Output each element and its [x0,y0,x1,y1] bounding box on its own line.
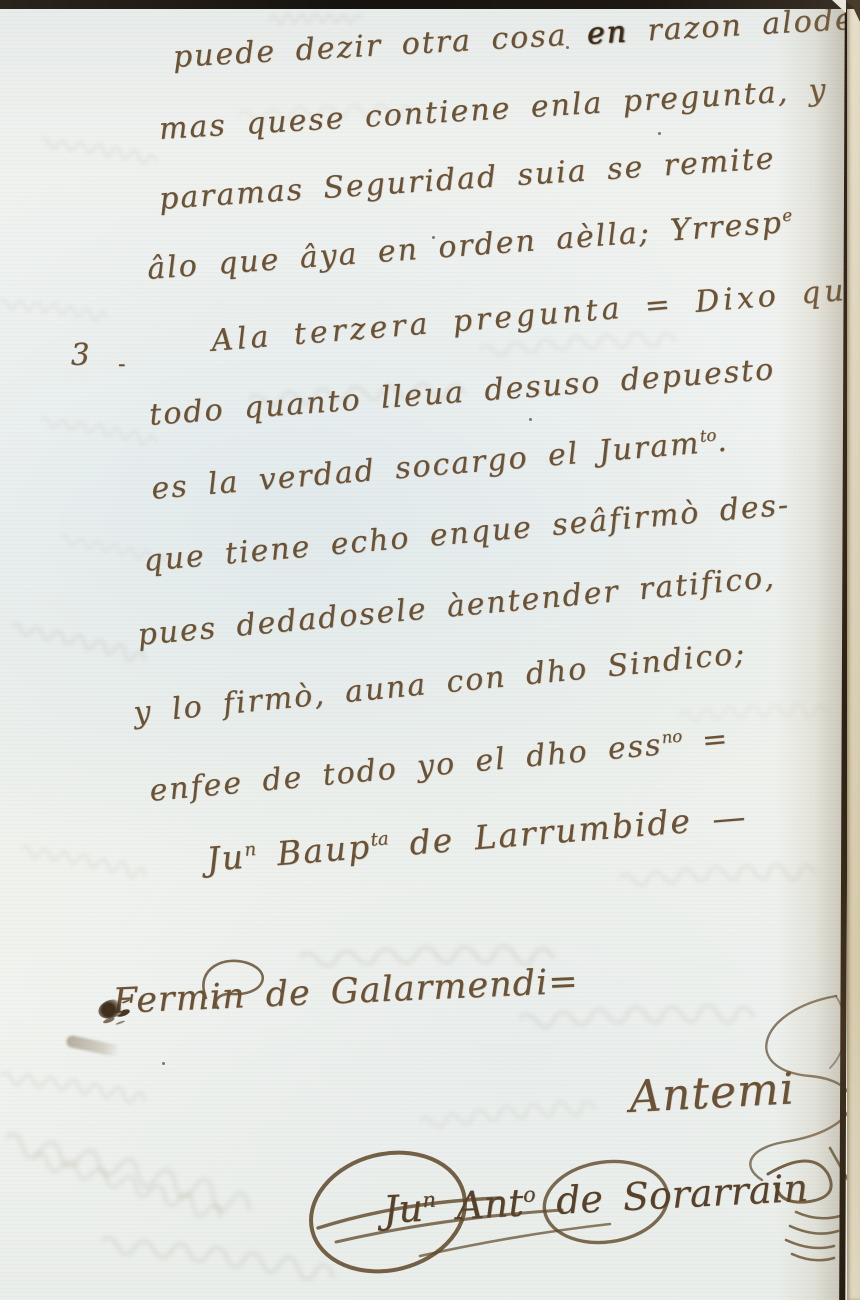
line-text: puede dezir otra cosa [172,17,588,75]
signature-text: Baup [255,827,373,875]
signature-notary: Jun Anto de Sorarrain [382,1166,809,1232]
scan-top-edge [0,0,860,9]
ink-speck [658,132,661,135]
bleed-through-mark [28,1146,232,1233]
bleed-through-mark [419,1088,602,1147]
bleed-through-mark [0,1067,151,1113]
bleed-through-mark [39,134,161,172]
manuscript-line-9: pues dedadosele àentender ratifico, [136,560,777,653]
ante-mi-label: Antemi [628,1063,796,1123]
line-text: y lo firmò, auna con dho Sindico; [132,636,748,731]
superscript: to [699,426,717,446]
manuscript-line-4: âlo que âya en orden aèlla; Yrrespe [146,205,794,287]
manuscript-page: puede dezir otra cosa en razon alode- ma… [0,0,860,1300]
bleed-through-mark [39,413,161,453]
line-text: enfee de todo yo el dho ess [148,727,664,809]
signature-text: Ant [435,1181,524,1230]
signature-text: de Sorarrain [535,1166,809,1224]
bleed-through-mark [99,1230,342,1295]
manuscript-line-5: Ala terzera pregunta = Dixo que [210,271,860,359]
manuscript-line-11: enfee de todo yo el dho essno = [148,721,731,809]
ink-speck [432,236,435,239]
bleed-through-mark [8,618,151,672]
line-text: = [681,721,731,760]
line-text: Ala terzera pregunta = Dixo que [210,271,860,359]
line-text: mas quese contiene enla pregunta, y [158,72,829,147]
superscript: no [661,726,683,747]
ink-smear [65,1035,120,1058]
line-text: paramas Seguridad suia se remite [158,141,777,217]
signature-text: Ju [382,1186,424,1232]
signature-larrumbide: Jun Baupta de Larrumbide — [205,797,749,879]
line-text: âlo que âya en orden aèlla; Yrresp [146,205,784,287]
margin-question-number: 3 [70,337,92,373]
manuscript-line-2: mas quese contiene enla pregunta, y [158,72,829,147]
bleed-through-mark [0,296,111,328]
next-page-edge [847,0,860,1300]
superscript: ta [370,828,390,850]
bleed-through-mark [0,1124,263,1233]
manuscript-line-1: puede dezir otra cosa en razon alode- [172,1,860,75]
page-curve-shadow [776,0,846,1300]
line-text: . [715,424,729,460]
ink-speck [529,418,532,421]
manuscript-line-7: es la verdad socargo el Juramto. [150,424,730,507]
line-text: todo quanto lleua desuso depuesto [148,352,776,433]
ink-heavy-word: en [586,15,629,52]
manuscript-line-10: y lo firmò, auna con dho Sindico; [132,636,748,731]
ink-speck [566,46,569,49]
line-text: pues dedadosele àentender ratifico, [136,560,777,653]
manuscript-line-3: paramas Seguridad suia se remite [158,141,777,217]
signature-text: Ju [205,837,246,879]
bleed-through-mark [19,841,152,887]
signature-galarmendi: Fermin de Galarmendi= [112,962,579,1022]
manuscript-line-6: todo quanto lleua desuso depuesto [148,352,776,433]
signature-text: de Larrumbide — [387,797,748,865]
top-right-corner-notch [832,0,846,13]
ink-speck [162,1062,165,1065]
line-text: es la verdad socargo el Juram [150,426,702,507]
margin-mark: - [118,352,127,377]
manuscript-line-8: que tiene echo enque seâfirmò des- [142,487,791,578]
line-text: que tiene echo enque seâfirmò des- [142,487,791,578]
